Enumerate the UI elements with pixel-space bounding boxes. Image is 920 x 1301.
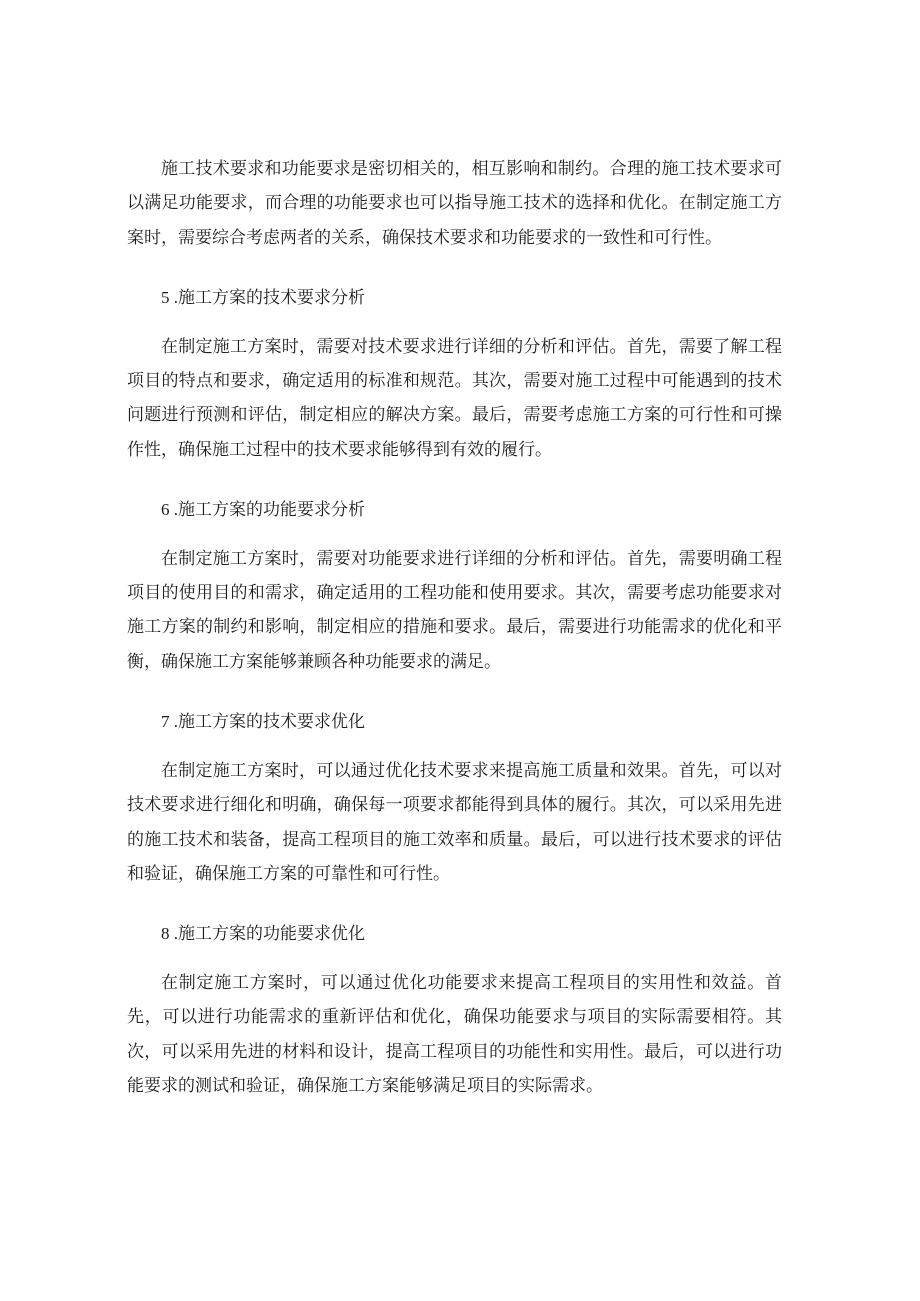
document-page: 施工技术要求和功能要求是密切相关的，相互影响和制约。合理的施工技术要求可以满足功…: [0, 0, 920, 1301]
section-heading: 7 .施工方案的技术要求优化: [127, 705, 782, 739]
section-heading: 5 .施工方案的技术要求分析: [127, 281, 782, 315]
body-paragraph: 在制定施工方案时，需要对技术要求进行详细的分析和评估。首先，需要了解工程项目的特…: [127, 330, 782, 468]
section-heading: 8 .施工方案的功能要求优化: [127, 917, 782, 951]
body-paragraph: 施工技术要求和功能要求是密切相关的，相互影响和制约。合理的施工技术要求可以满足功…: [127, 152, 782, 255]
section-heading: 6 .施工方案的功能要求分析: [127, 493, 782, 527]
body-paragraph: 在制定施工方案时，需要对功能要求进行详细的分析和评估。首先，需要明确工程项目的使…: [127, 542, 782, 680]
body-paragraph: 在制定施工方案时，可以通过优化功能要求来提高工程项目的实用性和效益。首先，可以进…: [127, 966, 782, 1104]
body-paragraph: 在制定施工方案时，可以通过优化技术要求来提高施工质量和效果。首先，可以对技术要求…: [127, 754, 782, 892]
document-content: 施工技术要求和功能要求是密切相关的，相互影响和制约。合理的施工技术要求可以满足功…: [127, 152, 782, 1103]
